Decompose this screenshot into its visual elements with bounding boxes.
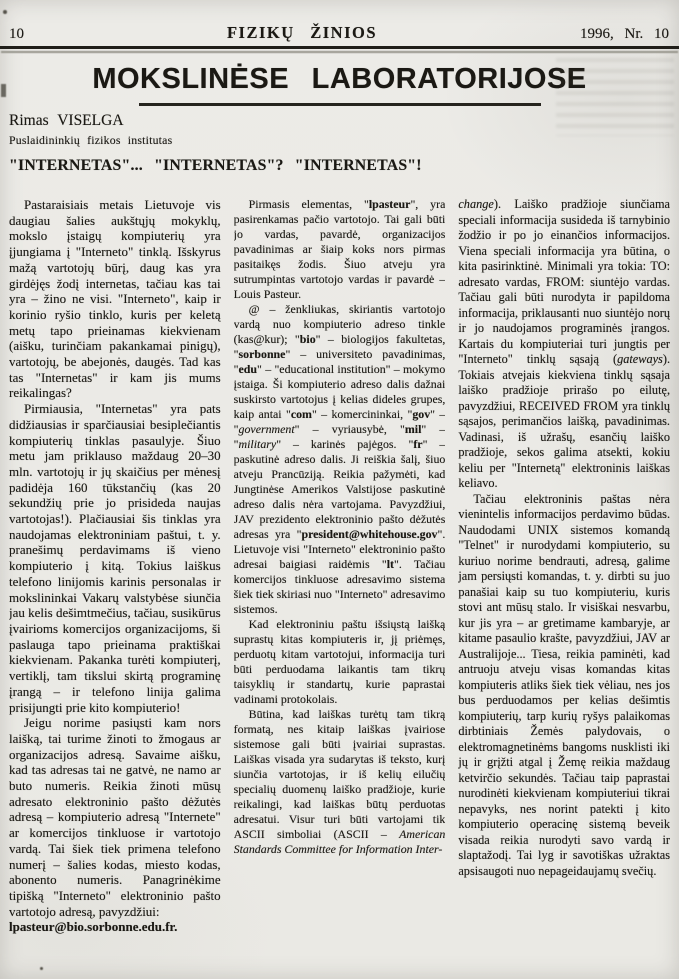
text-column-2: Pirmasis elementas, "lpasteur", yra pasi… [234,197,446,963]
body-text: Pirmasis elementas, " [249,197,369,211]
article-title: "INTERNETAS"... "INTERNETAS"? "INTERNETA… [9,157,422,175]
bold-text: lpasteur@bio.sorbonne.edu.fr. [9,919,177,934]
italic-text: government [239,422,295,436]
header-rule-thick [0,46,679,49]
scanned-journal-page: 10 FIZIKŲ ŽINIOS 1996, Nr. 10 MOKSLINĖSE… [0,0,679,979]
bold-text: sorbonne [239,347,286,361]
italic-text: gateways [617,352,663,366]
bold-text: mil [405,422,422,436]
body-text: " – karinės pajėgos. " [276,437,413,451]
paragraph: Pastaraisiais metais Lietuvoje vis daugi… [9,197,221,401]
scan-speck [40,967,43,970]
bold-text: president@whitehouse.gov [301,527,437,541]
bold-text: bio [300,332,316,346]
author-name: Rimas VISELGA [9,112,124,130]
body-text: Pirmiausia, "Internetas" yra pats didžia… [9,401,221,714]
page-number: 10 [9,26,24,43]
header-rule-thin [1,51,678,53]
bold-text: fr [413,437,422,451]
body-text: Būtina, kad laiškas turėtų tam tikrą for… [234,707,446,841]
paragraph: @ – ženkliukas, skiriantis vartotojo var… [234,302,446,617]
italic-text: change [458,197,494,211]
scan-smudge [556,58,674,136]
italic-text: military [239,437,277,451]
scan-smudge [1,84,6,97]
text-column-1: Pastaraisiais metais Lietuvoje vis daugi… [9,197,221,963]
bold-text: gov [412,407,430,421]
bold-text: lt [387,557,394,571]
bold-text: lpasteur [369,197,411,211]
body-text: Kad elektroniniu paštu išsiųstą laišką s… [234,617,446,706]
scan-speck [3,10,7,14]
body-text: " – vyriausybė, " [295,422,405,436]
paragraph: lpasteur@bio.sorbonne.edu.fr. [9,919,221,935]
body-text: Jeigu norime pasiųsti kam nors laišką, t… [9,715,221,918]
bold-text: com [291,407,312,421]
body-text: ). Laiško pradžioje siunčiama speciali i… [458,197,670,366]
author-affiliation: Puslaidininkių fizikos institutas [9,133,172,148]
body-text: ). Tokiais atvejais kiekviena tinklų sąs… [458,352,670,490]
section-title-underline [139,103,541,106]
paragraph: Pirmasis elementas, "lpasteur", yra pasi… [234,197,446,302]
page-header: 10 FIZIKŲ ŽINIOS 1996, Nr. 10 [9,23,669,43]
body-text: " – paskutinė adreso dalis. Ji reiškia š… [234,437,446,541]
paragraph: Pirmiausia, "Internetas" yra pats didžia… [9,401,221,715]
paragraph: Tačiau elektroninis paštas nėra vieninte… [458,492,670,880]
body-text: Pastaraisiais metais Lietuvoje vis daugi… [9,197,221,400]
issue-info: 1996, Nr. 10 [580,26,669,43]
article-body: Pastaraisiais metais Lietuvoje vis daugi… [9,197,670,963]
paragraph: Būtina, kad laiškas turėtų tam tikrą for… [234,707,446,857]
paragraph: change). Laiško pradžioje siunčiama spec… [458,197,670,492]
paragraph: Kad elektroniniu paštu išsiųstą laišką s… [234,617,446,707]
text-column-3: change). Laiško pradžioje siunčiama spec… [458,197,670,963]
body-text: Tačiau elektroninis paštas nėra vieninte… [458,492,670,878]
body-text: ", yra pasirenkamas pačio vartotojo. Tai… [234,197,446,301]
journal-title: FIZIKŲ ŽINIOS [227,23,377,43]
bold-text: edu [239,362,258,376]
body-text: " – komercininkai, " [312,407,412,421]
paragraph: Jeigu norime pasiųsti kam nors laišką, t… [9,715,221,919]
